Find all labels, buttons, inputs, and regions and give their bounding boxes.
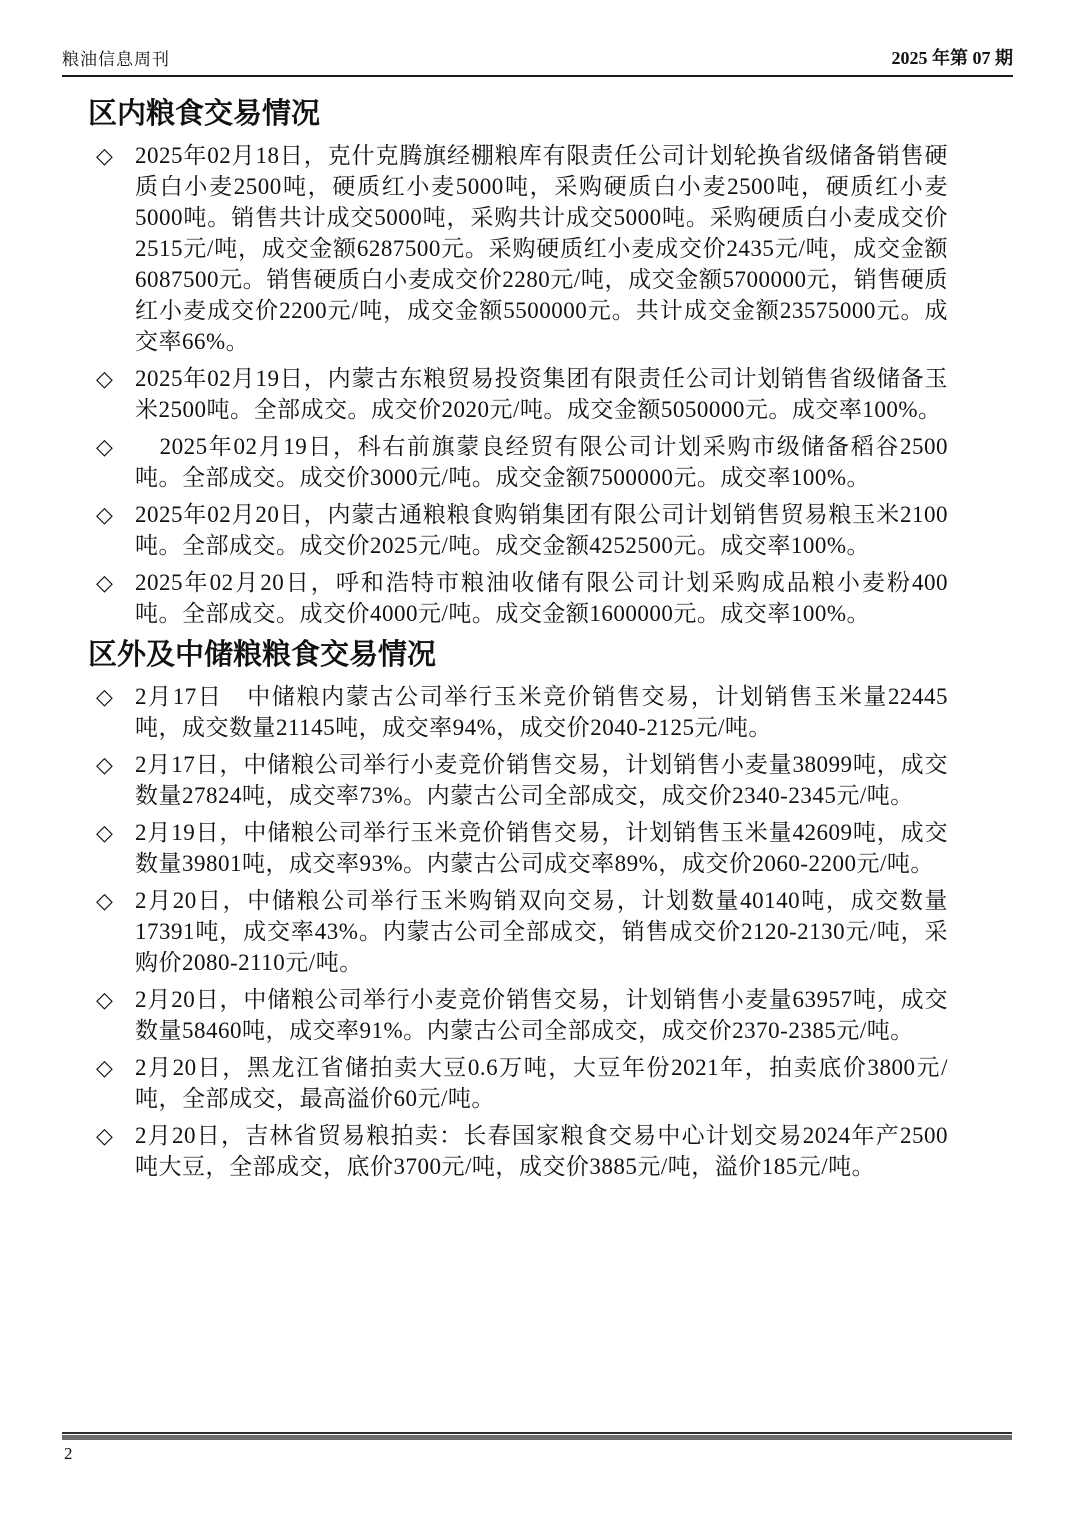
bullet-text: 2月17日 中储粮内蒙古公司举行玉米竞价销售交易，计划销售玉米量22445吨，成… [135,681,948,743]
bullet-text: 2025年02月19日，科右前旗蒙良经贸有限公司计划采购市级储备稻谷2500 吨… [135,431,948,493]
diamond-bullet-icon: ◇ [96,140,113,171]
bullet-item: ◇ 2025年02月20日，内蒙古通粮粮食购销集团有限公司计划销售贸易粮玉米21… [62,499,948,561]
document-page: 粮油信息周刊 2025 年第 07 期 区内粮食交易情况 ◇ 2025年02月1… [0,0,1075,1525]
diamond-bullet-icon: ◇ [96,885,113,916]
section-heading: 区内粮食交易情况 [88,96,948,132]
bullet-item: ◇ 2月17日，中储粮公司举行小麦竞价销售交易，计划销售小麦量38099吨，成交… [62,749,948,811]
bullet-text: 2025年02月20日，呼和浩特市粮油收储有限公司计划采购成品粮小麦粉400 吨… [135,567,948,629]
bullet-text: 2025年02月18日，克什克腾旗经棚粮库有限责任公司计划轮换省级储备销售硬质白… [135,140,948,357]
footer-divider [62,1432,1012,1440]
bullet-text: 2月17日，中储粮公司举行小麦竞价销售交易，计划销售小麦量38099吨，成交数量… [135,749,948,811]
bullet-text: 2月20日，中储粮公司举行小麦竞价销售交易，计划销售小麦量63957吨，成交数量… [135,984,948,1046]
bullet-item: ◇ 2月20日，中储粮公司举行玉米购销双向交易，计划数量40140吨，成交数量1… [62,885,948,978]
bullet-item: ◇ 2月20日，黑龙江省储拍卖大豆0.6万吨，大豆年份2021年，拍卖底价380… [62,1052,948,1114]
diamond-bullet-icon: ◇ [96,1052,113,1083]
diamond-bullet-icon: ◇ [96,431,113,462]
diamond-bullet-icon: ◇ [96,1120,113,1151]
page-number: 2 [64,1444,73,1464]
document-section: 区外及中储粮粮食交易情况 ◇ 2月17日 中储粮内蒙古公司举行玉米竞价销售交易，… [62,637,948,1182]
bullet-item: ◇ 2月19日，中储粮公司举行玉米竞价销售交易，计划销售玉米量42609吨，成交… [62,817,948,879]
diamond-bullet-icon: ◇ [96,681,113,712]
issue-label: 2025 年第 07 期 [892,44,1014,70]
diamond-bullet-icon: ◇ [96,749,113,780]
diamond-bullet-icon: ◇ [96,363,113,394]
bullet-item: ◇ 2月20日，吉林省贸易粮拍卖：长春国家粮食交易中心计划交易2024年产250… [62,1120,948,1182]
diamond-bullet-icon: ◇ [96,567,113,598]
bullet-item: ◇ 2025年02月19日，内蒙古东粮贸易投资集团有限责任公司计划销售省级储备玉… [62,363,948,425]
bullet-item: ◇ 2月20日，中储粮公司举行小麦竞价销售交易，计划销售小麦量63957吨，成交… [62,984,948,1046]
bullet-text: 2025年02月20日，内蒙古通粮粮食购销集团有限公司计划销售贸易粮玉米2100… [135,499,948,561]
bullet-item: ◇ 2025年02月18日，克什克腾旗经棚粮库有限责任公司计划轮换省级储备销售硬… [62,140,948,357]
bullet-text: 2月20日，中储粮公司举行玉米购销双向交易，计划数量40140吨，成交数量173… [135,885,948,978]
bullet-text: 2月20日，吉林省贸易粮拍卖：长春国家粮食交易中心计划交易2024年产2500吨… [135,1120,948,1182]
bullet-text: 2月19日，中储粮公司举行玉米竞价销售交易，计划销售玉米量42609吨，成交数量… [135,817,948,879]
diamond-bullet-icon: ◇ [96,984,113,1015]
page-header: 粮油信息周刊 2025 年第 07 期 [62,44,1013,77]
document-section: 区内粮食交易情况 ◇ 2025年02月18日，克什克腾旗经棚粮库有限责任公司计划… [62,96,948,629]
bullet-text: 2025年02月19日，内蒙古东粮贸易投资集团有限责任公司计划销售省级储备玉米2… [135,363,948,425]
bullet-list: ◇ 2月17日 中储粮内蒙古公司举行玉米竞价销售交易，计划销售玉米量22445吨… [62,681,948,1182]
section-heading: 区外及中储粮粮食交易情况 [88,637,948,673]
journal-title: 粮油信息周刊 [62,45,170,70]
diamond-bullet-icon: ◇ [96,817,113,848]
bullet-item: ◇ 2025年02月19日，科右前旗蒙良经贸有限公司计划采购市级储备稻谷2500… [62,431,948,493]
bullet-item: ◇ 2025年02月20日，呼和浩特市粮油收储有限公司计划采购成品粮小麦粉400… [62,567,948,629]
bullet-list: ◇ 2025年02月18日，克什克腾旗经棚粮库有限责任公司计划轮换省级储备销售硬… [62,140,948,629]
bullet-item: ◇ 2月17日 中储粮内蒙古公司举行玉米竞价销售交易，计划销售玉米量22445吨… [62,681,948,743]
document-body: 区内粮食交易情况 ◇ 2025年02月18日，克什克腾旗经棚粮库有限责任公司计划… [62,96,948,1188]
diamond-bullet-icon: ◇ [96,499,113,530]
bullet-text: 2月20日，黑龙江省储拍卖大豆0.6万吨，大豆年份2021年，拍卖底价3800元… [135,1052,948,1114]
